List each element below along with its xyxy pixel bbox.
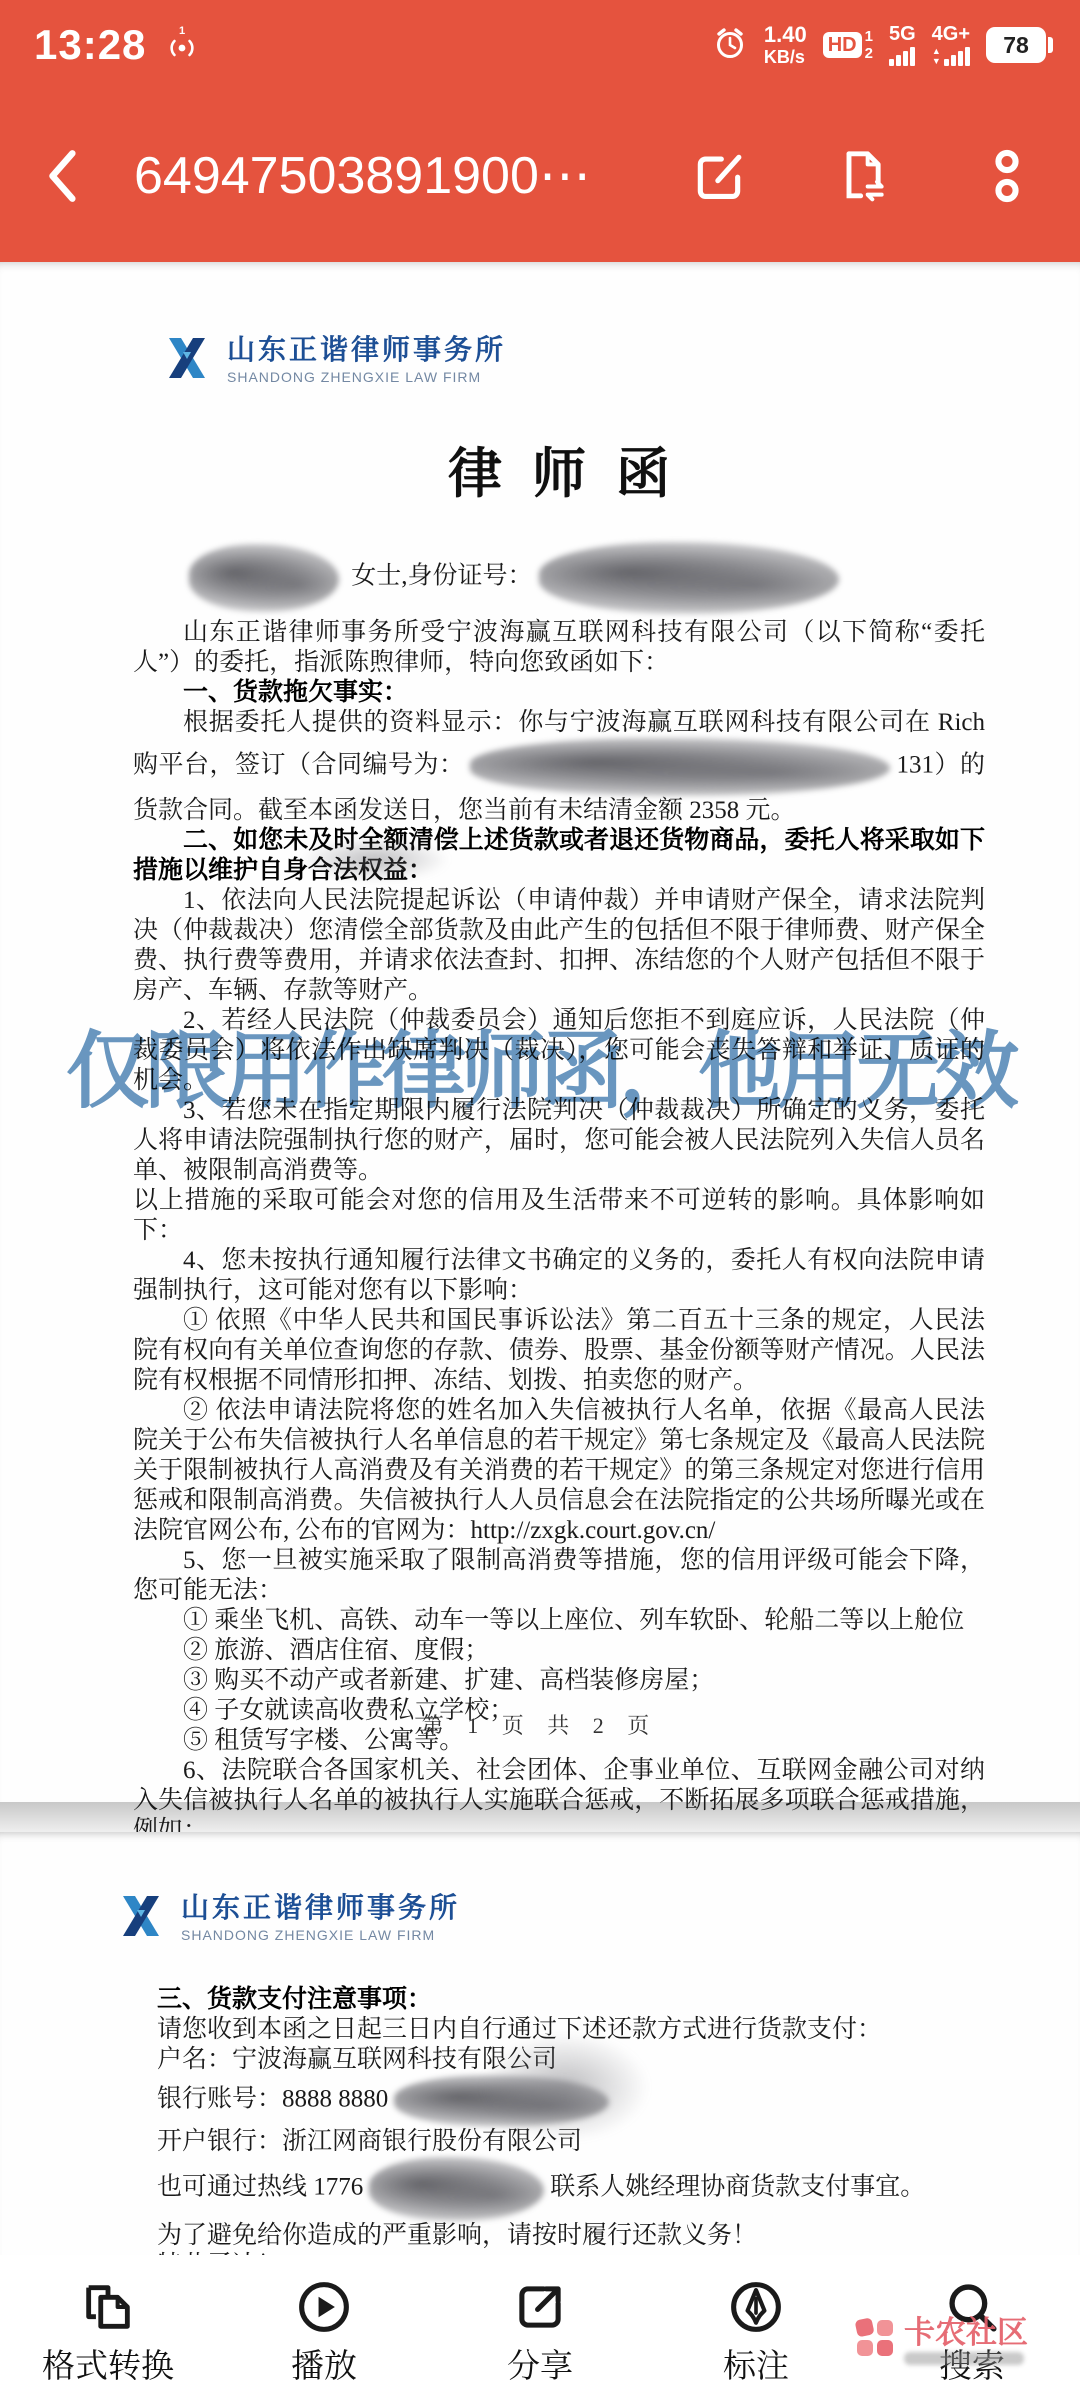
doc-paragraph: 户名：宁波海赢互联网科技有限公司 xyxy=(157,2045,985,2075)
firm-logo-icon xyxy=(115,1890,167,1947)
firm-name-en: SHANDONG ZHENGXIE LAW FIRM xyxy=(227,369,506,386)
law-firm-logo: 山东正谐律师事务所 SHANDONG ZHENGXIE LAW FIRM xyxy=(115,1890,985,1947)
toolbar-label: 分享 xyxy=(507,2349,573,2382)
doc-paragraph: ① 依照《中华人民共和国民事诉讼法》第二百五十三条的规定，人民法院有权向有关单位… xyxy=(133,1306,985,1396)
redaction-scribble xyxy=(394,2075,609,2127)
doc-paragraph: 请您收到本函之日起三日内自行通过下述还款方式进行货款支付： xyxy=(157,2015,985,2045)
toolbar-label: 格式转换 xyxy=(42,2349,174,2382)
back-button[interactable] xyxy=(44,144,88,208)
toolbar-item-share[interactable]: 分享 xyxy=(432,2274,648,2382)
doc-paragraph: 山东正谐律师事务所受宁波海赢互联网科技有限公司（以下简称“委托人”）的委托，指派… xyxy=(133,618,985,678)
doc-paragraph: 1、依法向人民法院提起诉讼（申请仲裁）并申请财产保全，请求法院判决（仲裁裁决）您… xyxy=(133,886,985,1006)
hotspot-icon: 1 xyxy=(162,23,202,68)
letter-title: 律师函 xyxy=(133,431,985,508)
doc-paragraph: ① 乘坐飞机、高铁、动车一等以上座位、列车软卧、轮船二等以上舱位 xyxy=(133,1606,985,1636)
hd-voice-icon: HD 1 2 xyxy=(823,29,873,61)
toolbar-item-annotate[interactable]: 标注 xyxy=(648,2274,864,2382)
status-time: 13:28 xyxy=(34,21,146,69)
play-icon xyxy=(295,2278,353,2341)
edit-button[interactable] xyxy=(690,147,748,205)
firm-name-en: SHANDONG ZHENGXIE LAW FIRM xyxy=(181,1927,460,1944)
screen: 13:28 1 1.40 KB/s xyxy=(0,0,1080,2400)
doc-paragraph: 开户银行：浙江网商银行股份有限公司 xyxy=(157,2127,985,2157)
firm-logo-icon xyxy=(161,332,213,389)
convert-document-button[interactable] xyxy=(834,147,892,205)
doc-paragraph: 3、若您未在指定期限内履行法院判决（仲裁裁决）所确定的义务，委托人将申请法院强制… xyxy=(133,1096,985,1186)
toolbar-item-search[interactable]: 搜索 xyxy=(864,2274,1080,2382)
title-bar: 64947503891900⋯ xyxy=(0,90,1080,262)
toolbar-item-format-convert[interactable]: 格式转换 xyxy=(0,2274,216,2382)
data-arrows-icon: ▲▼ xyxy=(932,47,941,66)
svg-text:1: 1 xyxy=(179,25,185,37)
doc-paragraph: ② 旅游、酒店住宿、度假； xyxy=(133,1636,985,1666)
doc-paragraph: 4、您未按执行通知履行法律文书确定的义务的，委托人有权向法院申请强制执行，这可能… xyxy=(133,1246,985,1306)
doc-paragraph: 女士,身份证号： xyxy=(133,542,985,614)
firm-name-cn: 山东正谐律师事务所 xyxy=(181,1894,460,1925)
signal-bars-icon xyxy=(944,47,970,66)
battery-indicator: 78 xyxy=(986,27,1046,63)
more-options-button[interactable] xyxy=(978,147,1036,205)
document-area[interactable]: 山东正谐律师事务所 SHANDONG ZHENGXIE LAW FIRM 律师函… xyxy=(0,262,1080,2255)
annotate-icon xyxy=(727,2278,785,2341)
network-speed: 1.40 KB/s xyxy=(764,24,807,66)
law-firm-logo: 山东正谐律师事务所 SHANDONG ZHENGXIE LAW FIRM xyxy=(161,332,985,389)
toolbar-label: 标注 xyxy=(723,2349,789,2382)
doc-paragraph: ③ 购买不动产或者新建、扩建、高档装修房屋； xyxy=(133,1666,985,1696)
doc-paragraph: 一、货款拖欠事实： xyxy=(133,678,985,708)
redaction-scribble xyxy=(539,542,839,614)
toolbar-label: 播放 xyxy=(291,2349,357,2382)
redaction-scribble xyxy=(189,544,339,612)
alarm-icon xyxy=(712,25,748,66)
toolbar-item-play[interactable]: 播放 xyxy=(216,2274,432,2382)
format-convert-icon xyxy=(79,2278,137,2341)
toolbar-label: 搜索 xyxy=(939,2349,1005,2382)
doc-paragraph: 以上措施的采取可能会对您的信用及生活带来不可逆转的影响。具体影响如下： xyxy=(133,1186,985,1246)
redaction-scribble xyxy=(369,2157,544,2221)
firm-name-cn: 山东正谐律师事务所 xyxy=(227,336,506,367)
document-page-1: 山东正谐律师事务所 SHANDONG ZHENGXIE LAW FIRM 律师函… xyxy=(0,262,1080,1802)
share-icon xyxy=(511,2278,569,2341)
doc-paragraph: 5、您一旦被实施采取了限制高消费等措施，您的信用评级可能会下降，您可能无法： xyxy=(133,1546,985,1606)
doc-paragraph: ② 依法申请法院将您的姓名加入失信被执行人名单，依据《最高人民法院关于公布失信被… xyxy=(133,1396,985,1546)
doc-paragraph: 也可通过热线 1776联系人姚经理协商货款支付事宜。 xyxy=(157,2157,985,2221)
redaction-scribble xyxy=(470,738,890,796)
status-bar: 13:28 1 1.40 KB/s xyxy=(0,0,1080,90)
bottom-toolbar: 格式转换 播放 分享 xyxy=(0,2255,1080,2400)
doc-paragraph: 银行账号：8888 8880 xyxy=(157,2075,985,2127)
doc-paragraph: 根据委托人提供的资料显示：你与宁波海赢互联网科技有限公司在 Rich 购平台，签… xyxy=(133,708,985,826)
search-icon xyxy=(943,2278,1001,2341)
document-page-2: 山东正谐律师事务所 SHANDONG ZHENGXIE LAW FIRM 三、货… xyxy=(0,1832,1080,2255)
doc-paragraph: 三、货款支付注意事项： xyxy=(157,1985,985,2015)
signal-bars-icon xyxy=(889,47,915,66)
doc-paragraph: 二、如您未及时全额清偿上述货款或者退还货物商品，委托人将采取如下措施以维护自身合… xyxy=(133,826,985,886)
signal-sim2: 4G+ ▲▼ xyxy=(932,24,970,66)
signal-sim1: 5G xyxy=(889,24,916,66)
doc-paragraph: 2、若经人民法院（仲裁委员会）通知后您拒不到庭应诉，人民法院（仲裁委员会）将依法… xyxy=(133,1006,985,1096)
page1-body: 女士,身份证号：山东正谐律师事务所受宁波海赢互联网科技有限公司（以下简称“委托人… xyxy=(133,542,985,1966)
page2-body: 三、货款支付注意事项：请您收到本函之日起三日内自行通过下述还款方式进行货款支付：… xyxy=(157,1985,985,2255)
document-title: 64947503891900⋯ xyxy=(134,146,690,206)
page-number: 第 1 页 共 2 页 xyxy=(0,1709,1080,1740)
doc-paragraph: 为了避免给你造成的严重影响，请按时履行还款义务！ xyxy=(157,2221,985,2251)
